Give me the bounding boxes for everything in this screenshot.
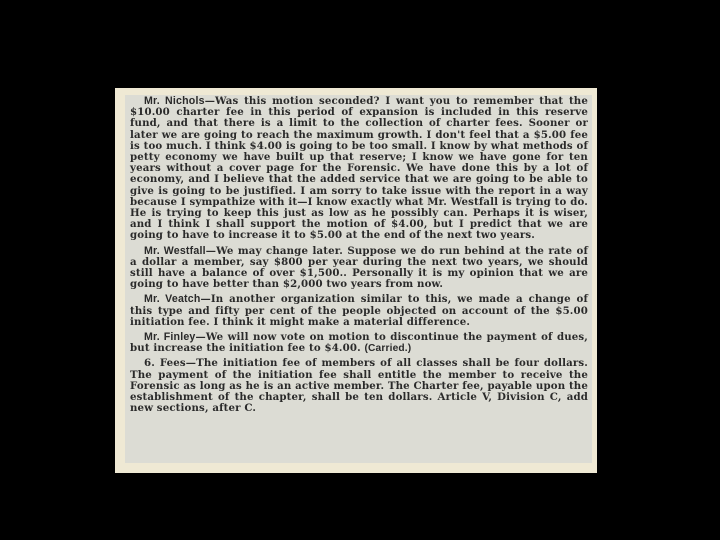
speaker-name: Mr. Finley: [144, 331, 196, 343]
paragraph-veatch: Mr. Veatch—In another organization simil…: [130, 294, 588, 328]
paragraph-finley: Mr. Finley—We will now vote on motion to…: [130, 332, 588, 354]
document-text: Mr. Nichols—Was this motion seconded? I …: [130, 96, 588, 418]
speaker-name: Mr. Westfall: [144, 245, 206, 257]
paragraph-nichols: Mr. Nichols—Was this motion seconded? I …: [130, 96, 588, 242]
paragraph-westfall: Mr. Westfall—We may change later. Suppos…: [130, 246, 588, 291]
paragraph-text: 6. Fees—The initiation fee of members of…: [130, 357, 588, 414]
paragraph-fees: 6. Fees—The initiation fee of members of…: [130, 358, 588, 414]
paragraph-text: —Was this motion seconded? I want you to…: [130, 95, 588, 241]
speaker-name: Mr. Nichols: [144, 95, 205, 107]
carried-note: (Carried.): [365, 343, 412, 354]
paragraph-text: —We will now vote on motion to discontin…: [130, 331, 588, 354]
speaker-name: Mr. Veatch: [144, 293, 201, 305]
